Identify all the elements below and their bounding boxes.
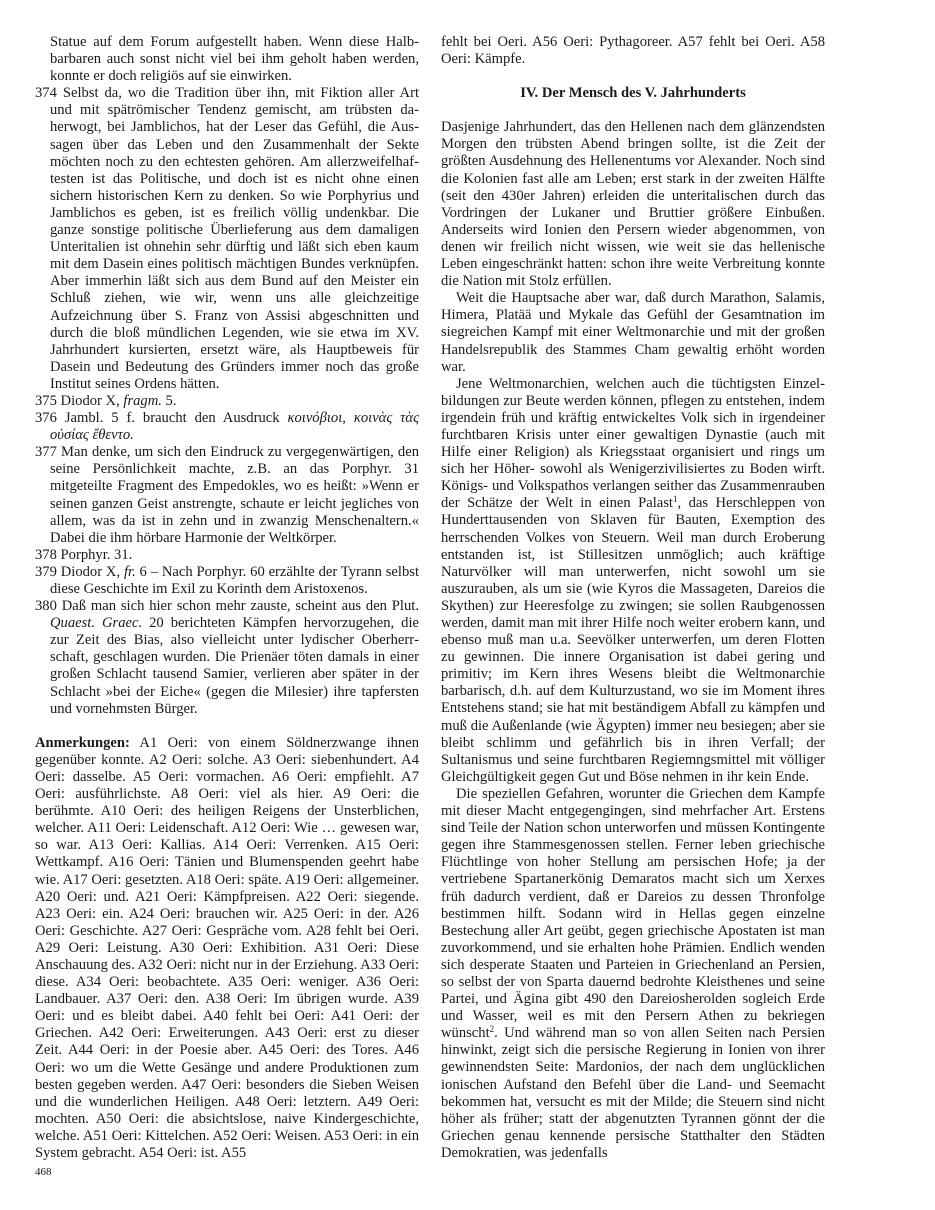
footnote-text: 5.: [162, 393, 177, 409]
spacer: [35, 718, 419, 735]
left-column: Statue auf dem Forum aufgestellt haben. …: [35, 34, 419, 1162]
footnote-number: 374: [35, 85, 57, 101]
footnote-374: 374 Selbst da, wo die Tradition über ihn…: [35, 85, 419, 393]
footnote-number: 378: [35, 547, 57, 563]
footnote-377: 377 Man denke, um sich den Eindruck zu v…: [35, 444, 419, 547]
anmerkungen-text: A1 Oeri: von einem Söldnerzwange ihnen g…: [35, 735, 419, 1161]
footnote-text: Diodor X,: [61, 564, 124, 580]
footnote-text: Diodor X,: [61, 393, 124, 409]
footnote-italic: fr.: [124, 564, 136, 580]
footnote-text: Man denke, um sich den Eindruck zu verge…: [50, 444, 419, 545]
footnote-text: Jambl. 5 f. braucht den Ausdruck: [65, 410, 288, 426]
footnote-continuation: Statue auf dem Forum aufgestellt haben. …: [35, 34, 419, 85]
page-number: 468: [35, 1164, 52, 1181]
anmerkungen-label: Anmerkungen:: [35, 735, 130, 751]
body-paragraph: Dasjenige Jahrhundert, das den Hellenen …: [441, 119, 825, 290]
paragraph-text: , das Herschleppen von Hunderttausenden …: [441, 495, 825, 785]
body-paragraph: Weit die Hauptsache aber war, daß durch …: [441, 290, 825, 375]
anmerkungen-continuation: fehlt bei Oeri. A56 Oeri: Pythagoreer. A…: [441, 34, 825, 68]
footnote-italic: Quaest. Graec.: [50, 615, 142, 631]
footnote-379: 379 Diodor X, fr. 6 – Nach Porphyr. 60 e…: [35, 564, 419, 598]
footnote-number: 377: [35, 444, 57, 460]
footnote-number: 380: [35, 598, 57, 614]
footnote-italic: fragm.: [123, 393, 162, 409]
footnote-378: 378 Porphyr. 31.: [35, 547, 419, 564]
footnote-text: Daß man sich hier schon mehr zauste, sch…: [62, 598, 419, 614]
paragraph-text: . Und während man so von allen Seiten na…: [441, 1025, 825, 1161]
footnote-380: 380 Daß man sich hier schon mehr zauste,…: [35, 598, 419, 718]
body-paragraph: Die speziellen Gefahren, worunter die Gr…: [441, 786, 825, 1162]
footnote-number: 379: [35, 564, 57, 580]
paragraph-text: Jene Weltmonarchien, welchen auch die tü…: [441, 376, 825, 512]
paragraph-text: Die speziellen Gefahren, worunter die Gr…: [441, 786, 825, 1041]
body-paragraph: Jene Weltmonarchien, welchen auch die tü…: [441, 376, 825, 786]
footnote-number: 375: [35, 393, 57, 409]
footnote-number: 376: [35, 410, 57, 426]
footnote-text: Selbst da, wo die Tradition über ihn, mi…: [50, 85, 419, 392]
right-column: fehlt bei Oeri. A56 Oeri: Pythagoreer. A…: [441, 34, 825, 1162]
footnote-text: Statue auf dem Forum aufgestellt haben. …: [50, 34, 419, 84]
footnote-376: 376 Jambl. 5 f. braucht den Ausdruck κοι…: [35, 410, 419, 444]
footnote-375: 375 Diodor X, fragm. 5.: [35, 393, 419, 410]
anmerkungen-block: Anmerkungen: A1 Oeri: von einem Söldnerz…: [35, 735, 419, 1162]
section-heading: IV. Der Mensch des V. Jahrhunderts: [441, 85, 825, 102]
footnote-text: Porphyr. 31.: [61, 547, 133, 563]
